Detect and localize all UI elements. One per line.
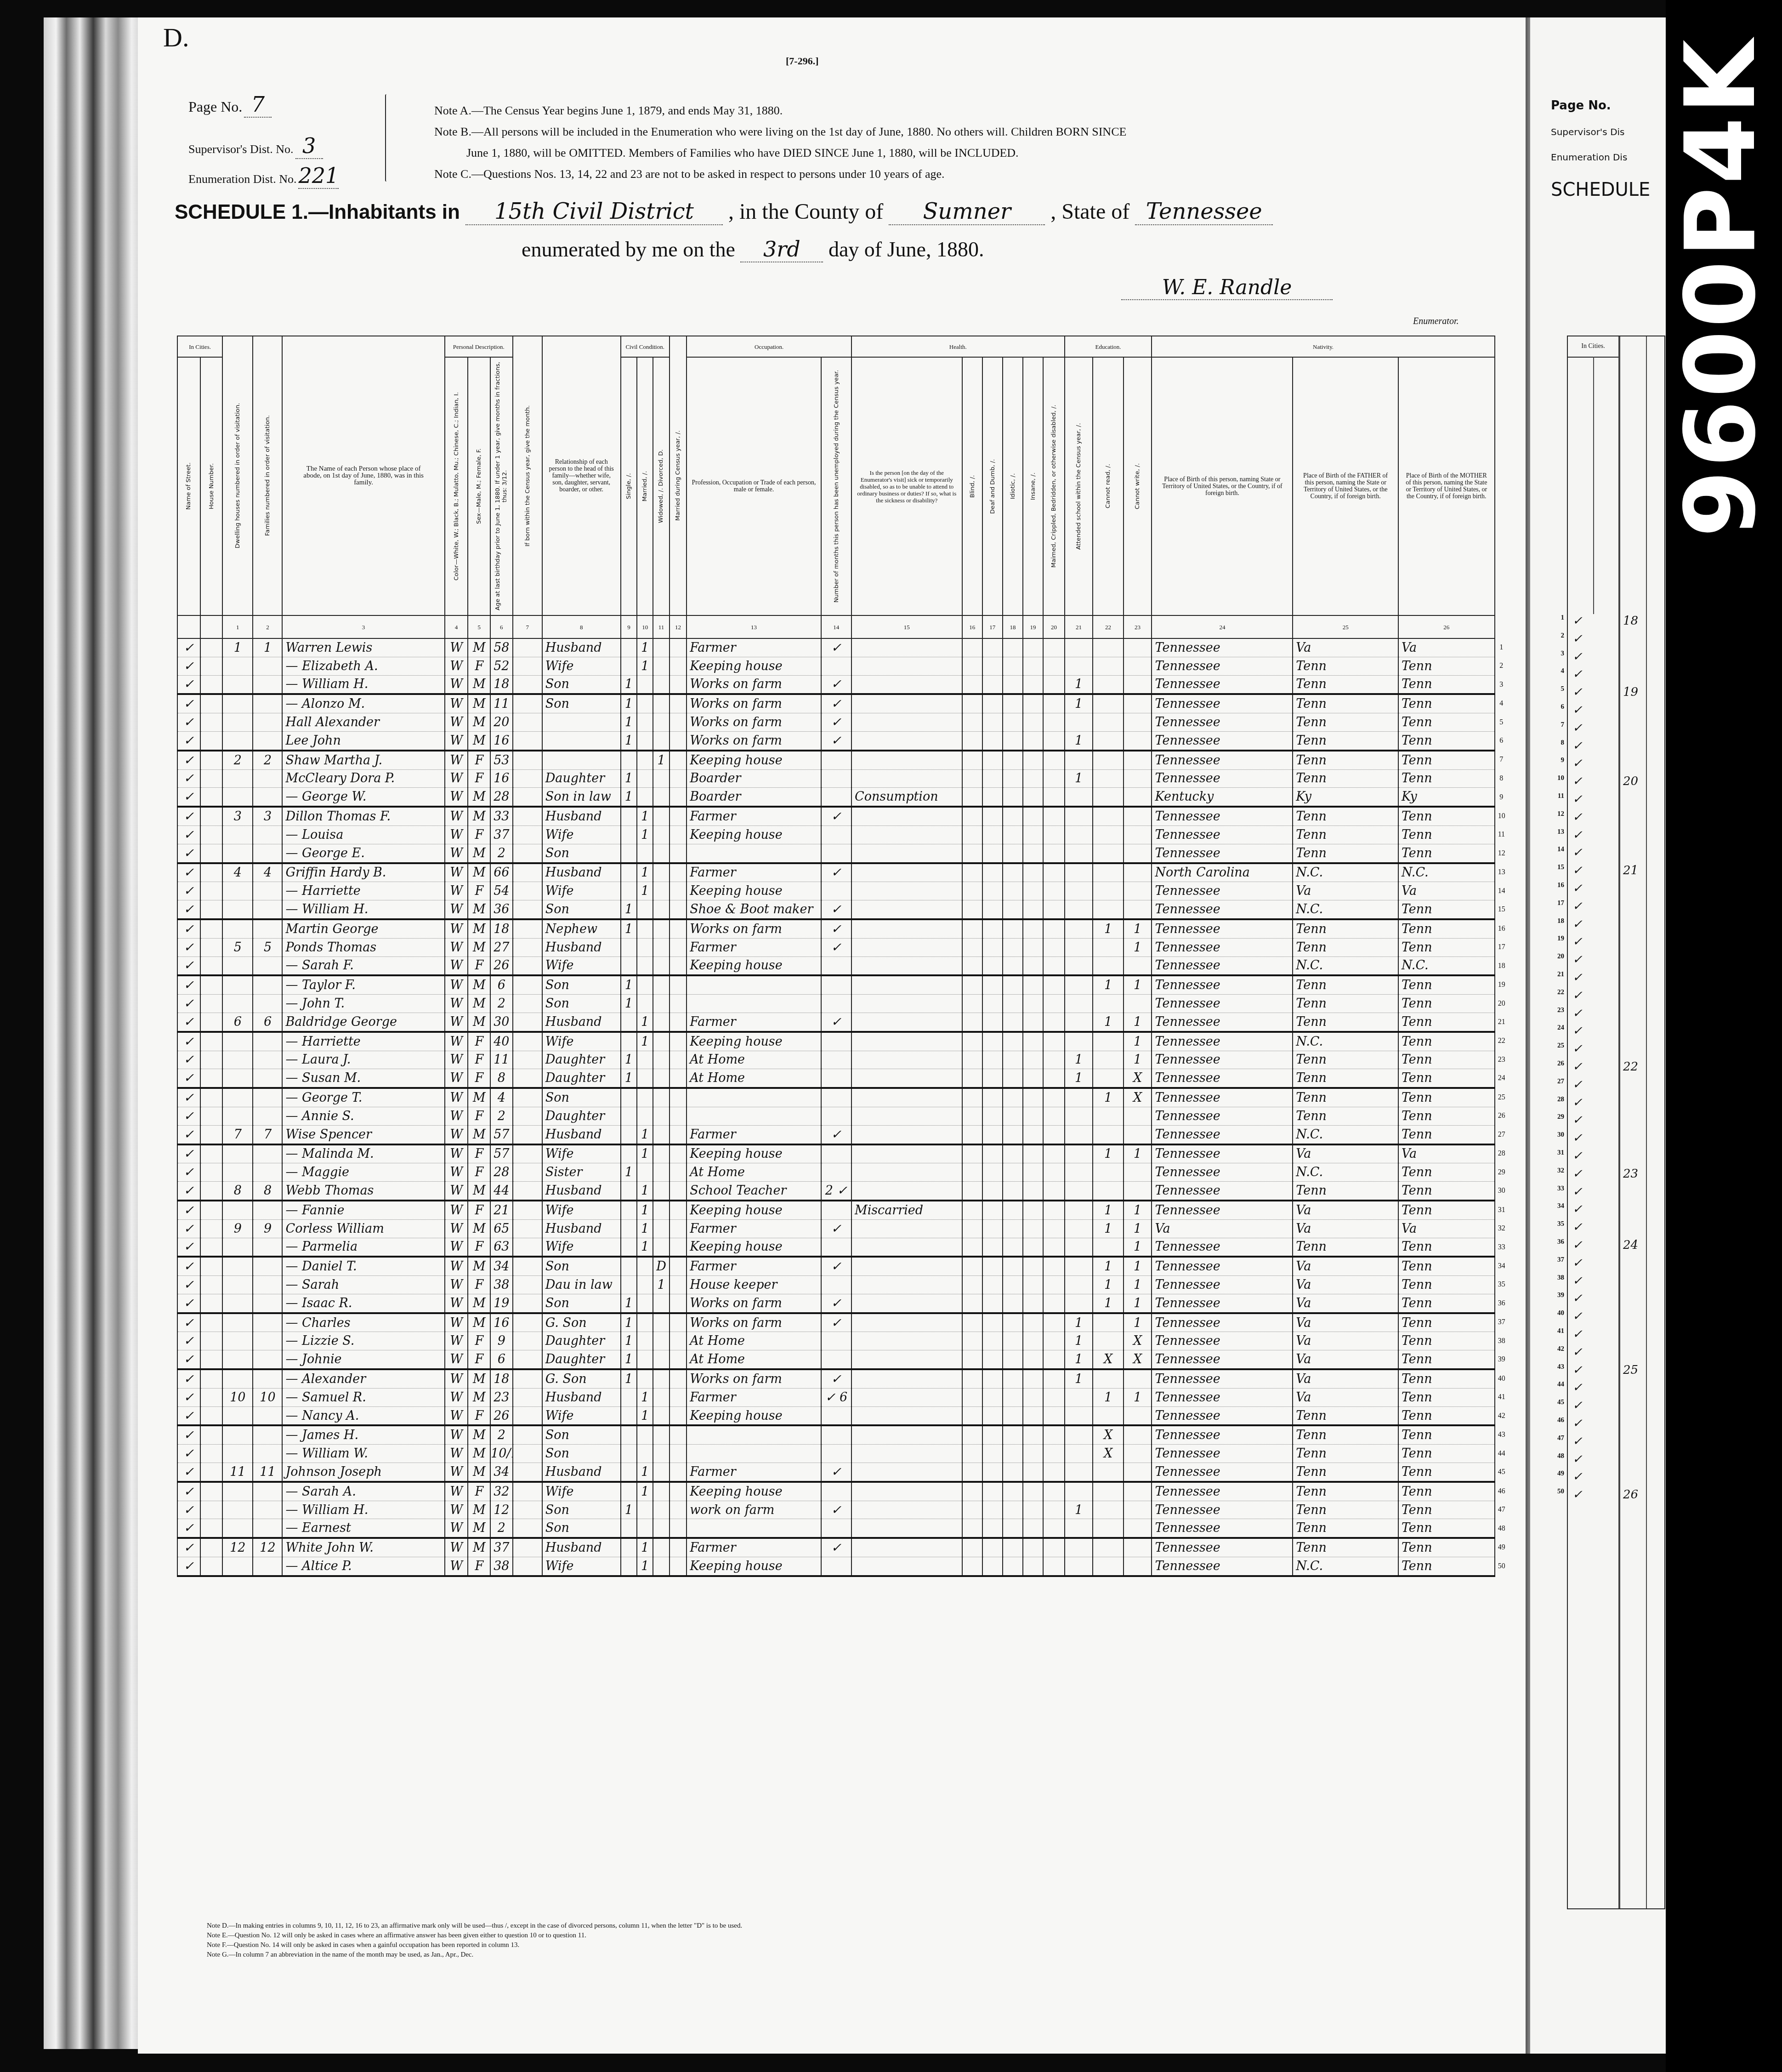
sex: M	[468, 844, 490, 863]
header-blind: Blind, /.	[962, 357, 982, 615]
relationship: Husband	[542, 1219, 621, 1238]
family-number: 2	[253, 751, 282, 769]
cannot-read-mark: 1	[1093, 1144, 1123, 1163]
age: 2	[490, 995, 513, 1013]
house-number	[200, 657, 223, 675]
header-dwelling: Dwelling houses numbered in order of vis…	[222, 336, 253, 615]
unemployed-months	[821, 1519, 851, 1538]
unemployed-months	[821, 1482, 851, 1501]
single-mark	[621, 657, 637, 675]
row-number: 39	[1495, 1350, 1505, 1369]
idiotic-mark	[1003, 1294, 1023, 1313]
widowed-mark	[653, 1425, 669, 1444]
cannot-read-mark	[1093, 1182, 1123, 1201]
school-mark	[1065, 1463, 1093, 1482]
unemployed-months	[821, 751, 851, 769]
married-mark	[637, 1519, 653, 1538]
married-year-mark	[670, 882, 687, 900]
insane-mark	[1023, 1557, 1043, 1576]
header-idiotic: Idiotic, /.	[1003, 357, 1023, 615]
person-name: — Harriette	[282, 882, 444, 900]
unemployed-months	[821, 657, 851, 675]
insane-mark	[1023, 1276, 1043, 1294]
cannot-write-mark	[1124, 1425, 1152, 1444]
table-row: ✓— Isaac R.WM19Son1Works on farm✓11Tenne…	[177, 1294, 1505, 1313]
married-year-mark	[670, 995, 687, 1013]
insane-mark	[1023, 882, 1043, 900]
widowed-mark	[653, 694, 669, 713]
header-house: House Number.	[200, 357, 223, 615]
dwelling-number: 4	[222, 863, 253, 882]
relationship: Daughter	[542, 1107, 621, 1125]
dwelling-number	[222, 844, 253, 863]
cannot-read-mark: X	[1093, 1445, 1123, 1463]
single-mark	[621, 956, 637, 975]
adjacent-street-check: ✓	[1572, 953, 1583, 967]
school-mark	[1065, 1257, 1093, 1275]
insane-mark	[1023, 1069, 1043, 1088]
adjacent-row: 27✓	[1568, 1078, 1664, 1096]
father-birthplace: Va	[1293, 1257, 1398, 1275]
widowed-mark	[653, 938, 669, 956]
mother-birthplace: Tenn	[1398, 1369, 1495, 1388]
person-name: Hall Alexander	[282, 713, 444, 732]
sickness	[851, 1125, 962, 1144]
born-month	[513, 975, 542, 994]
widowed-mark: 1	[653, 751, 669, 769]
unemployed-months	[821, 1557, 851, 1576]
adjacent-row: 37✓	[1568, 1256, 1664, 1274]
row-number: 36	[1495, 1294, 1505, 1313]
married-mark: 1	[637, 1538, 653, 1557]
married-year-mark	[670, 1257, 687, 1275]
note-f: Note F.—Question No. 14 will only be ask…	[207, 1941, 742, 1950]
married-year-mark	[670, 919, 687, 938]
school-mark	[1065, 1144, 1093, 1163]
married-mark: 1	[637, 1125, 653, 1144]
adjacent-row: 12✓	[1568, 810, 1664, 828]
maimed-mark	[1043, 1182, 1064, 1201]
family-number: 8	[253, 1182, 282, 1201]
deaf-mark	[982, 1425, 1003, 1444]
unemployed-months	[821, 1163, 851, 1182]
age: 19	[490, 1294, 513, 1313]
single-mark: 1	[621, 900, 637, 919]
sex: F	[468, 1557, 490, 1576]
house-number	[200, 1482, 223, 1501]
color: W	[445, 694, 468, 713]
father-birthplace: Ky	[1293, 788, 1398, 807]
dwelling-number	[222, 713, 253, 732]
father-birthplace: N.C.	[1293, 1163, 1398, 1182]
blind-mark	[962, 1125, 982, 1144]
single-mark	[621, 1519, 637, 1538]
street-check: ✓	[177, 751, 200, 769]
relationship: Husband	[542, 1463, 621, 1482]
table-row: ✓77Wise SpencerWM57Husband1Farmer✓Tennes…	[177, 1125, 1505, 1144]
cannot-read-mark	[1093, 1482, 1123, 1501]
sex: F	[468, 1350, 490, 1369]
idiotic-mark	[1003, 1032, 1023, 1051]
adjacent-dwelling-number: 26	[1623, 1488, 1638, 1502]
sickness	[851, 675, 962, 694]
married-year-mark	[670, 1369, 687, 1388]
single-mark	[621, 1482, 637, 1501]
house-number	[200, 769, 223, 788]
age: 34	[490, 1257, 513, 1275]
adjacent-street-check: ✓	[1572, 1292, 1583, 1305]
idiotic-mark	[1003, 1163, 1023, 1182]
mother-birthplace: Tenn	[1398, 657, 1495, 675]
mother-birthplace: Tenn	[1398, 1406, 1495, 1425]
row-number: 43	[1495, 1425, 1505, 1444]
cannot-read-mark	[1093, 1538, 1123, 1557]
adjacent-street-check: ✓	[1572, 899, 1583, 913]
family-number	[253, 956, 282, 975]
married-year-mark	[670, 1406, 687, 1425]
school-mark	[1065, 1088, 1093, 1107]
house-number	[200, 1276, 223, 1294]
table-row: ✓— SarahWF38Dau in law1House keeper11Ten…	[177, 1276, 1505, 1294]
school-mark	[1065, 1238, 1093, 1257]
single-mark: 1	[621, 694, 637, 713]
mother-birthplace: Tenn	[1398, 1445, 1495, 1463]
occupation: Works on farm	[687, 1294, 821, 1313]
blind-mark	[962, 825, 982, 844]
widowed-mark	[653, 1313, 669, 1332]
relationship	[542, 713, 621, 732]
row-number: 38	[1495, 1332, 1505, 1350]
row-number: 48	[1495, 1519, 1505, 1538]
school-mark	[1065, 1125, 1093, 1144]
sex: F	[468, 1238, 490, 1257]
birthplace: Tennessee	[1152, 1107, 1293, 1125]
married-year-mark	[670, 1294, 687, 1313]
civil-district-value: 15th Civil District	[465, 199, 723, 225]
father-birthplace: Tenn	[1293, 751, 1398, 769]
age: 65	[490, 1219, 513, 1238]
relationship: Dau in law	[542, 1276, 621, 1294]
maimed-mark	[1043, 1257, 1064, 1275]
maimed-mark	[1043, 1163, 1064, 1182]
adjacent-street-check: ✓	[1572, 1024, 1583, 1038]
person-name: Webb Thomas	[282, 1182, 444, 1201]
occupation: Works on farm	[687, 694, 821, 713]
color: W	[445, 900, 468, 919]
table-row: ✓— Annie S.WF2DaughterTennesseeTennTenn2…	[177, 1107, 1505, 1125]
occupation: Farmer	[687, 1013, 821, 1031]
cannot-write-mark	[1124, 657, 1152, 675]
color: W	[445, 638, 468, 657]
adjacent-row-number: 26	[1550, 1060, 1564, 1068]
blind-mark	[962, 1201, 982, 1219]
widowed-mark	[653, 1501, 669, 1519]
color: W	[445, 1032, 468, 1051]
person-name: — Louisa	[282, 825, 444, 844]
school-mark	[1065, 919, 1093, 938]
widowed-mark	[653, 1163, 669, 1182]
cannot-read-mark	[1093, 825, 1123, 844]
header-in-cities: In Cities.	[177, 336, 222, 357]
person-name: Johnson Joseph	[282, 1463, 444, 1482]
cannot-write-mark: 1	[1124, 975, 1152, 994]
age: 8	[490, 1069, 513, 1088]
mother-birthplace: Tenn	[1398, 1557, 1495, 1576]
column-number: 20	[1043, 615, 1064, 638]
column-number	[177, 615, 200, 638]
header-birth-father: Place of Birth of the FATHER of this per…	[1293, 357, 1398, 615]
house-number	[200, 788, 223, 807]
adjacent-row: 34✓	[1568, 1202, 1664, 1220]
father-birthplace: Va	[1293, 1294, 1398, 1313]
street-check: ✓	[177, 1088, 200, 1107]
table-row: ✓— Sarah A.WF32Wife1Keeping houseTenness…	[177, 1482, 1505, 1501]
row-number: 17	[1495, 938, 1505, 956]
blind-mark	[962, 638, 982, 657]
age: 11	[490, 694, 513, 713]
idiotic-mark	[1003, 1463, 1023, 1482]
idiotic-mark	[1003, 807, 1023, 825]
table-row: ✓— George W.WM28Son in law1BoarderConsum…	[177, 788, 1505, 807]
idiotic-mark	[1003, 1088, 1023, 1107]
born-month	[513, 1350, 542, 1369]
insane-mark	[1023, 1125, 1043, 1144]
house-number	[200, 1350, 223, 1369]
header-cannot-read: Cannot read, /.	[1093, 357, 1123, 615]
birthplace: Tennessee	[1152, 825, 1293, 844]
born-month	[513, 1219, 542, 1238]
birthplace: Tennessee	[1152, 975, 1293, 994]
school-mark	[1065, 713, 1093, 732]
column-number: 3	[282, 615, 444, 638]
person-name: — John T.	[282, 995, 444, 1013]
cannot-read-mark	[1093, 1369, 1123, 1388]
married-mark: 1	[637, 1238, 653, 1257]
sex: M	[468, 713, 490, 732]
street-check: ✓	[177, 1406, 200, 1425]
idiotic-mark	[1003, 900, 1023, 919]
blind-mark	[962, 938, 982, 956]
married-mark	[637, 1069, 653, 1088]
married-year-mark	[670, 1332, 687, 1350]
row-number: 15	[1495, 900, 1505, 919]
family-number	[253, 1406, 282, 1425]
father-birthplace: Va	[1293, 1144, 1398, 1163]
cannot-write-mark: 1	[1124, 919, 1152, 938]
schedule-title: SCHEDULE 1.—Inhabitants in	[175, 201, 460, 223]
cannot-write-mark	[1124, 825, 1152, 844]
idiotic-mark	[1003, 938, 1023, 956]
house-number	[200, 1069, 223, 1088]
single-mark	[621, 1538, 637, 1557]
relationship: Son	[542, 1294, 621, 1313]
school-mark	[1065, 1163, 1093, 1182]
color: W	[445, 975, 468, 994]
street-check: ✓	[177, 1313, 200, 1332]
adjacent-row-number: 44	[1550, 1381, 1564, 1389]
father-birthplace: Tenn	[1293, 694, 1398, 713]
relationship: Husband	[542, 1182, 621, 1201]
maimed-mark	[1043, 1069, 1064, 1088]
header-health: Health.	[851, 336, 1065, 357]
school-mark	[1065, 975, 1093, 994]
notes-bottom: Note D.—In making entries in columns 9, …	[207, 1921, 742, 1960]
sex: M	[468, 788, 490, 807]
insane-mark	[1023, 657, 1043, 675]
color: W	[445, 1538, 468, 1557]
deaf-mark	[982, 1557, 1003, 1576]
street-check: ✓	[177, 1538, 200, 1557]
maimed-mark	[1043, 1445, 1064, 1463]
house-number	[200, 1144, 223, 1163]
family-number: 10	[253, 1388, 282, 1406]
color: W	[445, 1463, 468, 1482]
idiotic-mark	[1003, 1125, 1023, 1144]
father-birthplace: Tenn	[1293, 1463, 1398, 1482]
age: 18	[490, 675, 513, 694]
birthplace: Tennessee	[1152, 807, 1293, 825]
dwelling-number: 3	[222, 807, 253, 825]
table-row: ✓— George T.WM4Son1XTennesseeTennTenn25	[177, 1088, 1505, 1107]
adjacent-street-check: ✓	[1572, 1309, 1583, 1323]
street-check: ✓	[177, 1350, 200, 1369]
adjacent-street-check: ✓	[1572, 810, 1583, 824]
father-birthplace: Va	[1293, 1219, 1398, 1238]
adjacent-row-number: 10	[1550, 774, 1564, 782]
adjacent-row-number: 12	[1550, 810, 1564, 818]
unemployed-months	[821, 825, 851, 844]
insane-mark	[1023, 1182, 1043, 1201]
insane-mark	[1023, 713, 1043, 732]
house-number	[200, 1294, 223, 1313]
married-year-mark	[670, 1219, 687, 1238]
unemployed-months	[821, 844, 851, 863]
married-year-mark	[670, 1445, 687, 1463]
married-mark	[637, 1445, 653, 1463]
column-number: 15	[851, 615, 962, 638]
sickness	[851, 1257, 962, 1275]
widowed-mark	[653, 1445, 669, 1463]
adjacent-street-check: ✓	[1572, 1131, 1583, 1145]
sex: M	[468, 675, 490, 694]
row-number: 41	[1495, 1388, 1505, 1406]
born-month	[513, 1538, 542, 1557]
color: W	[445, 713, 468, 732]
cannot-write-mark	[1124, 769, 1152, 788]
maimed-mark	[1043, 1276, 1064, 1294]
father-birthplace: Tenn	[1293, 1406, 1398, 1425]
insane-mark	[1023, 694, 1043, 713]
street-check: ✓	[177, 919, 200, 938]
married-mark	[637, 1294, 653, 1313]
street-check: ✓	[177, 638, 200, 657]
married-mark	[637, 1163, 653, 1182]
dwelling-number	[222, 1425, 253, 1444]
school-mark	[1065, 882, 1093, 900]
column-number: 23	[1124, 615, 1152, 638]
occupation: Farmer	[687, 1257, 821, 1275]
mother-birthplace: N.C.	[1398, 956, 1495, 975]
row-number: 12	[1495, 844, 1505, 863]
single-mark: 1	[621, 1069, 637, 1088]
maimed-mark	[1043, 995, 1064, 1013]
sickness	[851, 1051, 962, 1069]
cannot-write-mark: 1	[1124, 1219, 1152, 1238]
father-birthplace: Tenn	[1293, 1013, 1398, 1031]
sex: M	[468, 1519, 490, 1538]
father-birthplace: Va	[1293, 638, 1398, 657]
street-check: ✓	[177, 713, 200, 732]
person-name: — Altice P.	[282, 1557, 444, 1576]
adjacent-supervisor-label: Supervisor's Dis	[1551, 126, 1625, 137]
adjacent-row: 36✓	[1568, 1238, 1664, 1256]
dwelling-number	[222, 1482, 253, 1501]
adjacent-row: 26✓	[1568, 1060, 1664, 1078]
idiotic-mark	[1003, 1501, 1023, 1519]
house-number	[200, 825, 223, 844]
maimed-mark	[1043, 938, 1064, 956]
adjacent-row: 46✓	[1568, 1417, 1664, 1434]
single-mark	[621, 1463, 637, 1482]
cannot-read-mark: 1	[1093, 919, 1123, 938]
adjacent-row: 11✓	[1568, 792, 1664, 810]
mother-birthplace: Tenn	[1398, 825, 1495, 844]
sickness	[851, 807, 962, 825]
cannot-read-mark	[1093, 1519, 1123, 1538]
cannot-write-mark	[1124, 1182, 1152, 1201]
dwelling-number	[222, 919, 253, 938]
adjacent-street-check: ✓	[1572, 846, 1583, 860]
blind-mark	[962, 844, 982, 863]
idiotic-mark	[1003, 657, 1023, 675]
deaf-mark	[982, 1332, 1003, 1350]
widowed-mark	[653, 919, 669, 938]
table-row: ✓— CharlesWM16G. Son1Works on farm✓11Ten…	[177, 1313, 1505, 1332]
mother-birthplace: Tenn	[1398, 694, 1495, 713]
column-number: 19	[1023, 615, 1043, 638]
school-mark: 1	[1065, 1051, 1093, 1069]
relationship: Son	[542, 1445, 621, 1463]
deaf-mark	[982, 1163, 1003, 1182]
mother-birthplace: Tenn	[1398, 1163, 1495, 1182]
dwelling-number	[222, 1519, 253, 1538]
adjacent-street-check: ✓	[1572, 1417, 1583, 1430]
cannot-write-mark	[1124, 1406, 1152, 1425]
insane-mark	[1023, 807, 1043, 825]
adjacent-row: 7✓	[1568, 721, 1664, 739]
widowed-mark	[653, 1350, 669, 1369]
cannot-write-mark: 1	[1124, 1276, 1152, 1294]
table-row: ✓— HarrietteWF40Wife1Keeping house1Tenne…	[177, 1032, 1505, 1051]
birthplace: Tennessee	[1152, 919, 1293, 938]
column-number: 26	[1398, 615, 1495, 638]
adjacent-street-check: ✓	[1572, 650, 1583, 664]
maimed-mark	[1043, 638, 1064, 657]
relationship: Son	[542, 1257, 621, 1275]
mother-birthplace: Tenn	[1398, 1125, 1495, 1144]
sex: M	[468, 1294, 490, 1313]
cannot-write-mark	[1124, 731, 1152, 750]
school-mark: 1	[1065, 694, 1093, 713]
single-mark	[621, 1238, 637, 1257]
sex: F	[468, 1482, 490, 1501]
born-month	[513, 1201, 542, 1219]
age: 33	[490, 807, 513, 825]
maimed-mark	[1043, 788, 1064, 807]
unemployed-months	[821, 1032, 851, 1051]
blind-mark	[962, 863, 982, 882]
mother-birthplace: Tenn	[1398, 1332, 1495, 1350]
